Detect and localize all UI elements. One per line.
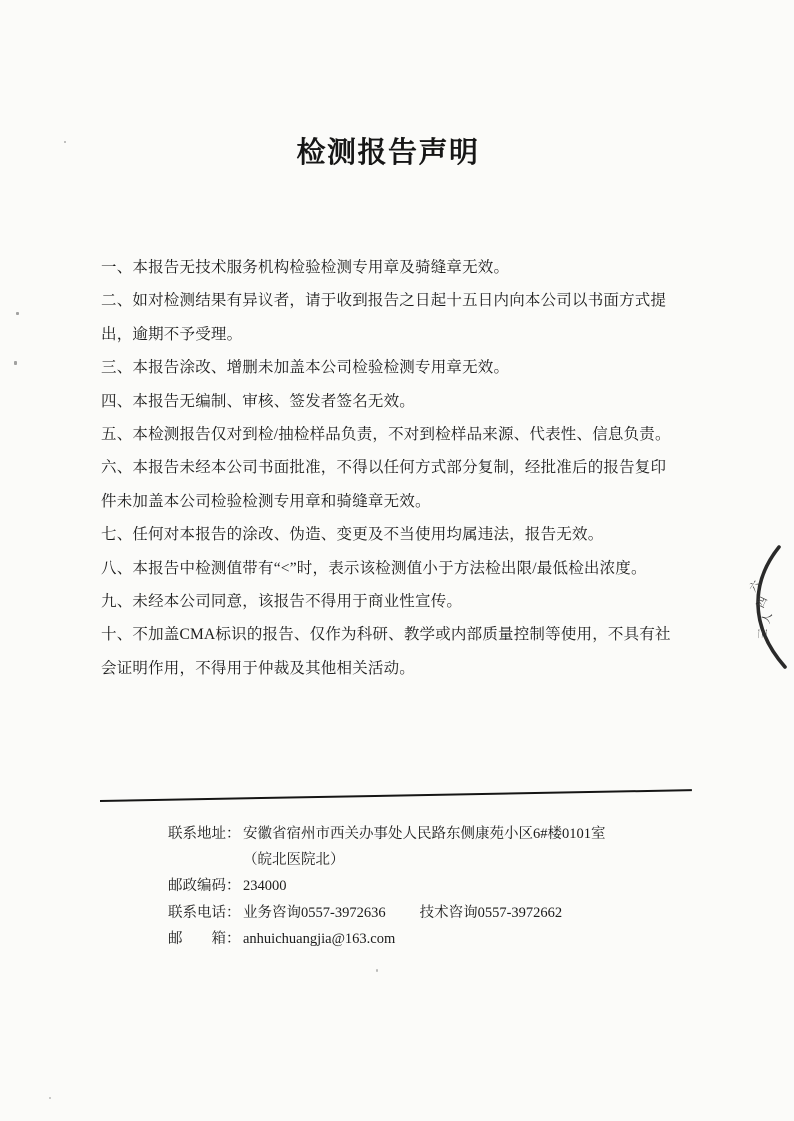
contact-value: 安徽省宿州市西关办事处人民路东侧康苑小区6#楼0101室	[243, 821, 606, 847]
contact-value: 234000	[243, 873, 287, 899]
stamp-character: 三	[754, 628, 771, 640]
contact-label: 邮政编码：	[168, 873, 243, 899]
statement-line: 件未加盖本公司检验检测专用章和骑缝章无效。	[101, 485, 707, 518]
statement-line: 会证明作用，不得用于仲裁及其他相关活动。	[101, 652, 707, 685]
document-page: 检测报告声明 一、本报告无技术服务机构检验检测专用章及骑缝章无效。二、如对检测结…	[0, 0, 794, 1121]
contact-label: 联系电话：	[168, 900, 243, 926]
contact-value: 业务咨询0557-3972636	[243, 900, 386, 926]
contact-value: （皖北医院北）	[243, 847, 345, 873]
statement-line: 二、如对检测结果有异议者，请于收到报告之日起十五日内向本公司以书面方式提	[101, 284, 707, 317]
title-block: 检测报告声明	[0, 130, 794, 171]
contact-row: 联系地址：安徽省宿州市西关办事处人民路东侧康苑小区6#楼0101室	[168, 821, 606, 847]
statement-line: 三、本报告涂改、增删未加盖本公司检验检测专用章无效。	[101, 351, 707, 384]
statement-line: 八、本报告中检测值带有“<”时，表示该检测值小于方法检出限/最低检出浓度。	[101, 552, 707, 585]
contact-info: 联系地址：安徽省宿州市西关办事处人民路东侧康苑小区6#楼0101室（皖北医院北）…	[168, 821, 606, 952]
statement-line: 出，逾期不予受理。	[101, 318, 707, 351]
scan-speck	[49, 1097, 51, 1099]
page-title: 检测报告声明	[0, 130, 776, 171]
scan-speck	[376, 969, 378, 972]
statement-line: 九、未经本公司同意，该报告不得用于商业性宣传。	[101, 585, 707, 618]
contact-row: 邮政编码：234000	[168, 873, 606, 899]
statement-line: 一、本报告无技术服务机构检验检测专用章及骑缝章无效。	[101, 251, 707, 284]
statement-line: 六、本报告未经本公司书面批准，不得以任何方式部分复制，经批准后的报告复印	[101, 451, 707, 484]
contact-value: anhuichuangjia@163.com	[243, 926, 395, 952]
contact-label: 联系地址：	[168, 821, 243, 847]
statement-line: 七、任何对本报告的涂改、伪造、变更及不当使用均属违法，报告无效。	[101, 518, 707, 551]
contact-label: 邮 箱：	[168, 926, 243, 952]
scan-speck	[64, 141, 66, 143]
footer-divider	[100, 789, 692, 802]
contact-row: 邮 箱：anhuichuangjia@163.com	[168, 926, 606, 952]
statement-line: 四、本报告无编制、审核、签发者签名无效。	[101, 385, 707, 418]
statements-list: 一、本报告无技术服务机构检验检测专用章及骑缝章无效。二、如对检测结果有异议者，请…	[101, 251, 707, 685]
contact-value-secondary: 技术咨询0557-3972662	[420, 900, 563, 926]
contact-row: （皖北医院北）	[168, 847, 606, 873]
stamp-fragment: 六四人三	[734, 544, 794, 670]
statement-line: 五、本检测报告仅对到检/抽检样品负责，不对到检样品来源、代表性、信息负责。	[101, 418, 707, 451]
contact-label	[168, 847, 243, 873]
contact-row: 联系电话：业务咨询0557-3972636技术咨询0557-3972662	[168, 900, 606, 926]
scan-speck	[16, 312, 19, 315]
scan-speck	[14, 361, 17, 365]
statement-line: 十、不加盖CMA标识的报告、仅作为科研、教学或内部质量控制等使用，不具有社	[101, 618, 707, 651]
